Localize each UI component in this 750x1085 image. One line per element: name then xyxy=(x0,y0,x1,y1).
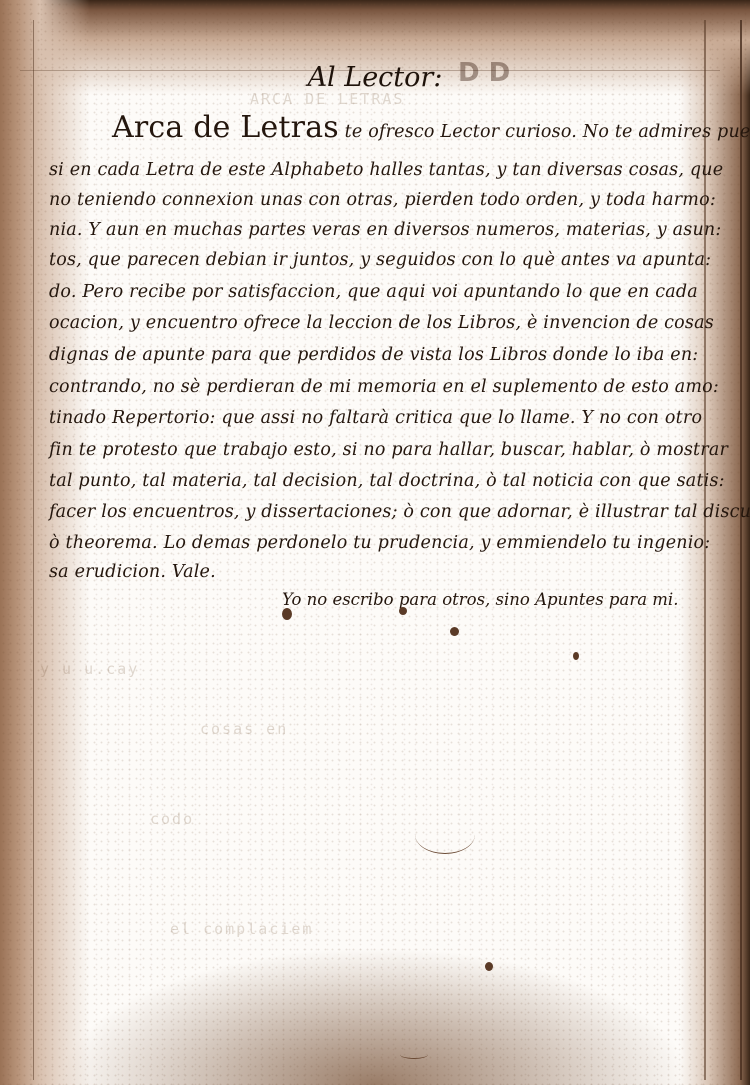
bleed-through-text: y u u.cay xyxy=(40,660,139,678)
body-line: dignas de apunte para que perdidos de vi… xyxy=(49,345,709,365)
signature-motto: Yo no escribo para otros, sino Apuntes p… xyxy=(282,590,678,609)
ink-blot xyxy=(450,627,459,636)
ink-blot xyxy=(399,607,407,615)
ink-blot xyxy=(485,962,493,971)
body-line: fin te protesto que trabajo esto, si no … xyxy=(49,440,709,460)
body-line: do. Pero recibe por satisfaccion, que aq… xyxy=(49,282,709,302)
body-line: sa erudicion. Vale. xyxy=(49,562,709,582)
body-line: ò theorema. Lo demas perdonelo tu pruden… xyxy=(49,533,709,553)
ink-blot xyxy=(573,652,579,660)
body-line: facer los encuentros, y dissertaciones; … xyxy=(49,502,709,522)
body-line: no teniendo connexion unas con otras, pi… xyxy=(49,190,709,210)
bleed-through-text: cosas en xyxy=(200,720,288,738)
bleed-through-text: codo xyxy=(150,810,194,828)
body-line: si en cada Letra de este Alphabeto halle… xyxy=(49,160,709,180)
page-title: Al Lector: xyxy=(0,62,750,93)
opening-words: Arca de Letras xyxy=(112,110,339,145)
pen-stroke-mark xyxy=(400,1050,428,1059)
title-bleed-mark: D D xyxy=(458,58,510,88)
page-edge-rule xyxy=(740,20,742,1080)
body-line: tos, que parecen debian ir juntos, y seg… xyxy=(49,250,709,270)
body-line-text: te ofresco Lector curioso. No te admires… xyxy=(345,122,750,142)
manuscript-page: ARCA DE LETRAS y u u.cay cosas en codo e… xyxy=(0,0,750,1085)
body-line: tinado Repertorio: que assi no faltarà c… xyxy=(49,408,709,428)
left-margin-rule xyxy=(33,20,34,1080)
body-line: ocacion, y encuentro ofrece la leccion d… xyxy=(49,313,709,333)
bleed-through-text: el complaciem xyxy=(170,920,313,938)
ink-blot xyxy=(282,608,292,620)
body-line: nia. Y aun en muchas partes veras en div… xyxy=(49,220,709,240)
body-line-1: Arca de Letras te ofresco Lector curioso… xyxy=(112,110,750,145)
body-line: tal punto, tal materia, tal decision, ta… xyxy=(49,471,709,491)
body-line: contrando, no sè perdieran de mi memoria… xyxy=(49,377,709,397)
pen-stroke-mark xyxy=(415,815,475,854)
